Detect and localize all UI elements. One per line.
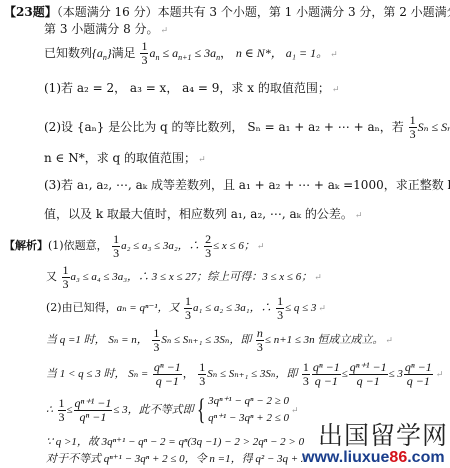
fraction-one-third: 13 bbox=[152, 327, 160, 354]
fraction-two-thirds: 23 bbox=[204, 233, 212, 260]
solution-math: a₂ ≤ a₃ ≤ 3a₂，∴ bbox=[121, 240, 200, 252]
solution-math: Sₙ ≤ Sₙ₊₁ ≤ 3Sₙ，即 bbox=[207, 368, 297, 380]
fraction-one-third: 13 bbox=[198, 361, 206, 388]
solution-step2: (2)由已知得，aₙ = qⁿ⁻¹，又 13a₁ ≤ a₂ ≤ 3a₁，∴ 13… bbox=[46, 293, 326, 324]
solution-step3: 当 q =1 时， Sₙ = n， 13Sₙ ≤ Sₙ₊₁ ≤ 3Sₙ，即 n3… bbox=[46, 325, 393, 356]
problem-score-info-cont: 第 3 小题满分 8 分。 bbox=[44, 22, 159, 36]
numerator: n bbox=[256, 327, 264, 341]
fraction-one-third: 13 bbox=[58, 397, 66, 424]
solution-math: ∵ q >1，故 3qⁿ⁺¹ − qⁿ − 2 = qⁿ(3q −1) − 2 … bbox=[46, 436, 304, 448]
part2-text-a: (2)设 {aₙ} 是公比为 q 的等比数列， Sₙ = a₁ + a₂ + ⋯… bbox=[44, 120, 404, 134]
solution-math: a₁ ≤ a₂ ≤ 3a₁，∴ bbox=[193, 302, 272, 314]
part2-text-c: n ∈ N*，求 q 的取值范围； bbox=[44, 151, 196, 165]
solution-step1: 【解析】(1)依题意， 13a₂ ≤ a₃ ≤ 3a₂，∴ 23≤ x ≤ 6；… bbox=[4, 231, 264, 262]
solution-math: ， bbox=[183, 367, 194, 380]
denominator: q −1 bbox=[312, 375, 341, 388]
denominator: q −1 bbox=[349, 375, 388, 388]
denominator: 3 bbox=[276, 309, 284, 322]
solution-math: 对于不等式 qⁿ⁺¹ − 3qⁿ + 2 ≤ 0，令 n =1，得 q² − 3… bbox=[46, 453, 306, 465]
numerator: 1 bbox=[112, 233, 120, 247]
fraction-one-third: 13 bbox=[184, 295, 192, 322]
numerator: 1 bbox=[409, 114, 417, 128]
paragraph-mark-icon: ↵ bbox=[385, 336, 393, 346]
solution-math: Sₙ ≤ Sₙ₊₁ ≤ 3Sₙ，即 bbox=[161, 334, 251, 346]
numerator: qⁿ⁺¹ −1 bbox=[74, 397, 113, 411]
numerator: 1 bbox=[152, 327, 160, 341]
paragraph-mark-icon: ↵ bbox=[257, 242, 265, 252]
solution-math: 当 q =1 时， Sₙ = n， bbox=[46, 334, 148, 346]
solution-math: ≤ x ≤ 6； bbox=[213, 240, 255, 252]
paragraph-mark-icon: ↵ bbox=[436, 370, 444, 380]
fraction-ratio: qⁿ⁺¹ −1qⁿ −1 bbox=[74, 397, 113, 424]
numerator: 1 bbox=[198, 361, 206, 375]
fraction-sum-formula-next: qⁿ⁺¹ −1q −1 bbox=[349, 361, 388, 388]
fraction-one-third: 13 bbox=[302, 361, 310, 388]
numerator: qⁿ −1 bbox=[153, 361, 182, 375]
watermark-url: www.liuxue86.com bbox=[302, 449, 445, 467]
denominator: 3 bbox=[409, 128, 417, 141]
numerator: qⁿ −1 bbox=[404, 361, 433, 375]
denominator: qⁿ −1 bbox=[74, 411, 113, 424]
solution-math: ≤ bbox=[67, 404, 73, 416]
fraction-n-thirds: n3 bbox=[256, 327, 264, 354]
denominator: 3 bbox=[58, 411, 66, 424]
paragraph-mark-icon: ↵ bbox=[291, 406, 299, 416]
fraction-sum-formula: qⁿ −1q −1 bbox=[404, 361, 433, 388]
given-condition: n ∈ N*， a₁ = 1。 bbox=[236, 46, 328, 60]
problem-part2-line1: (2)设 {aₙ} 是公比为 q 的等比数列， Sₙ = a₁ + a₂ + ⋯… bbox=[44, 112, 450, 144]
solution-step5: ∴ 13≤qⁿ⁺¹ −1qⁿ −1≤ 3，此不等式即{3qⁿ⁺¹ − qⁿ − … bbox=[46, 393, 299, 428]
system-line-2: qⁿ⁺¹ − 3qⁿ + 2 ≤ 0 bbox=[208, 410, 289, 427]
numerator: qⁿ⁺¹ −1 bbox=[349, 361, 388, 375]
numerator: 2 bbox=[204, 233, 212, 247]
given-inequality: an ≤ an+1 ≤ 3an bbox=[149, 46, 220, 60]
url-highlight: 86 bbox=[389, 449, 407, 466]
numerator: 1 bbox=[276, 295, 284, 309]
solution-label: 【解析】 bbox=[4, 239, 48, 252]
problem-score-info: （本题满分 16 分）本题共有 3 个小题，第 1 小题满分 3 分，第 2 小… bbox=[57, 5, 450, 19]
paragraph-mark-icon: ↵ bbox=[330, 50, 338, 60]
solution-step7: 对于不等式 qⁿ⁺¹ − 3qⁿ + 2 ≤ 0，令 n =1，得 q² − 3… bbox=[46, 451, 306, 467]
left-brace-icon: { bbox=[197, 395, 206, 425]
denominator: 3 bbox=[198, 375, 206, 388]
solution-step6: ∵ q >1，故 3qⁿ⁺¹ − qⁿ − 2 = qⁿ(3q −1) − 2 … bbox=[46, 434, 304, 450]
paragraph-mark-icon: ↵ bbox=[332, 85, 340, 95]
solution-text: (2)由已知得， bbox=[46, 301, 117, 314]
watermark-site-name: 出国留学网 bbox=[318, 422, 448, 450]
paragraph-mark-icon: ↵ bbox=[318, 304, 326, 314]
solution-math: aₙ = qⁿ⁻¹，又 bbox=[117, 302, 180, 314]
part2-text-b: Sₙ ≤ Sₙ₊₁ ≤ 3Sₙ， bbox=[418, 120, 450, 134]
solution-math: a₃ ≤ a₄ ≤ 3a₃，∴ 3 ≤ x ≤ 27；综上可得：3 ≤ x ≤ … bbox=[71, 271, 313, 283]
solution-text: (1)依题意， bbox=[48, 239, 108, 252]
fraction-one-third: 13 bbox=[62, 264, 70, 291]
part1-text: (1)若 a₂ = 2， a₃ = x， a₄ = 9，求 x 的取值范围； bbox=[44, 81, 330, 95]
fraction-one-third: 13 bbox=[140, 40, 148, 67]
system-line-1: 3qⁿ⁺¹ − qⁿ − 2 ≥ 0 bbox=[208, 393, 289, 410]
denominator: q −1 bbox=[404, 375, 433, 388]
denominator: 3 bbox=[62, 278, 70, 291]
numerator: qⁿ −1 bbox=[312, 361, 341, 375]
paragraph-mark-icon: ↵ bbox=[161, 26, 169, 36]
inequality-system: 3qⁿ⁺¹ − qⁿ − 2 ≥ 0qⁿ⁺¹ − 3qⁿ + 2 ≤ 0 bbox=[208, 393, 289, 427]
sequence-notation: {an} bbox=[92, 46, 112, 60]
fraction-one-third: 13 bbox=[112, 233, 120, 260]
problem-given: 已知数列{an}满足 13an ≤ an+1 ≤ 3an， n ∈ N*， a₁… bbox=[44, 38, 338, 73]
problem-part3-line2: 值，以及 k 取最大值时，相应数列 a₁, a₂, ⋯, aₖ 的公差。↵ bbox=[44, 206, 362, 224]
part3-text-a: (3)若 a₁, a₂, ⋯, aₖ 成等差数列，且 a₁ + a₂ + ⋯ +… bbox=[44, 178, 450, 192]
problem-part3-line1: (3)若 a₁, a₂, ⋯, aₖ 成等差数列，且 a₁ + a₂ + ⋯ +… bbox=[44, 177, 450, 195]
paragraph-mark-icon: ↵ bbox=[314, 273, 322, 283]
problem-number: 【23题】 bbox=[4, 5, 57, 19]
numerator: 1 bbox=[140, 40, 148, 54]
denominator: 3 bbox=[152, 341, 160, 354]
fraction-sum-formula: qⁿ −1q −1 bbox=[153, 361, 182, 388]
denominator: 3 bbox=[256, 341, 264, 354]
problem-part2-line2: n ∈ N*，求 q 的取值范围；↵ bbox=[44, 150, 206, 168]
denominator: 3 bbox=[302, 375, 310, 388]
solution-math: ≤ 3 bbox=[389, 368, 403, 380]
solution-step1-cont: 又 13a₃ ≤ a₄ ≤ 3a₃，∴ 3 ≤ x ≤ 27；综上可得：3 ≤ … bbox=[46, 262, 322, 293]
denominator: 3 bbox=[204, 247, 212, 260]
numerator: 1 bbox=[184, 295, 192, 309]
solution-step4: 当 1 < q ≤ 3 时， Sₙ = qⁿ −1q −1， 13Sₙ ≤ Sₙ… bbox=[46, 358, 443, 391]
numerator: 1 bbox=[302, 361, 310, 375]
given-prefix: 已知数列 bbox=[44, 46, 92, 60]
solution-math: ≤ n+1 ≤ 3n 恒成立成立。 bbox=[265, 334, 384, 346]
solution-math: ≤ 3，此不等式即 bbox=[113, 404, 193, 416]
solution-math: ≤ q ≤ 3 bbox=[285, 302, 316, 314]
paragraph-mark-icon: ↵ bbox=[355, 211, 363, 221]
numerator: 1 bbox=[62, 264, 70, 278]
numerator: 1 bbox=[58, 397, 66, 411]
given-mid: 满足 bbox=[112, 46, 136, 60]
paragraph-mark-icon: ↵ bbox=[198, 155, 206, 165]
denominator: 3 bbox=[184, 309, 192, 322]
solution-math: 当 1 < q ≤ 3 时， Sₙ = bbox=[46, 368, 148, 380]
fraction-one-third: 13 bbox=[409, 114, 417, 141]
fraction-one-third: 13 bbox=[276, 295, 284, 322]
solution-math: ∴ bbox=[46, 404, 53, 416]
solution-math: ≤ bbox=[342, 368, 348, 380]
part3-text-b: 值，以及 k 取最大值时，相应数列 a₁, a₂, ⋯, aₖ 的公差。 bbox=[44, 207, 353, 221]
fraction-sum-formula: qⁿ −1q −1 bbox=[312, 361, 341, 388]
problem-header-line1: 【23题】（本题满分 16 分）本题共有 3 个小题，第 1 小题满分 3 分，… bbox=[4, 4, 450, 22]
denominator: q −1 bbox=[153, 375, 182, 388]
url-prefix: www.liuxue bbox=[302, 449, 389, 466]
solution-text: 又 bbox=[46, 270, 57, 283]
denominator: 3 bbox=[112, 247, 120, 260]
problem-header-line2: 第 3 小题满分 8 分。↵ bbox=[44, 21, 168, 39]
denominator: 3 bbox=[140, 54, 148, 67]
problem-part1: (1)若 a₂ = 2， a₃ = x， a₄ = 9，求 x 的取值范围；↵ bbox=[44, 80, 339, 98]
url-suffix: .com bbox=[407, 449, 444, 466]
